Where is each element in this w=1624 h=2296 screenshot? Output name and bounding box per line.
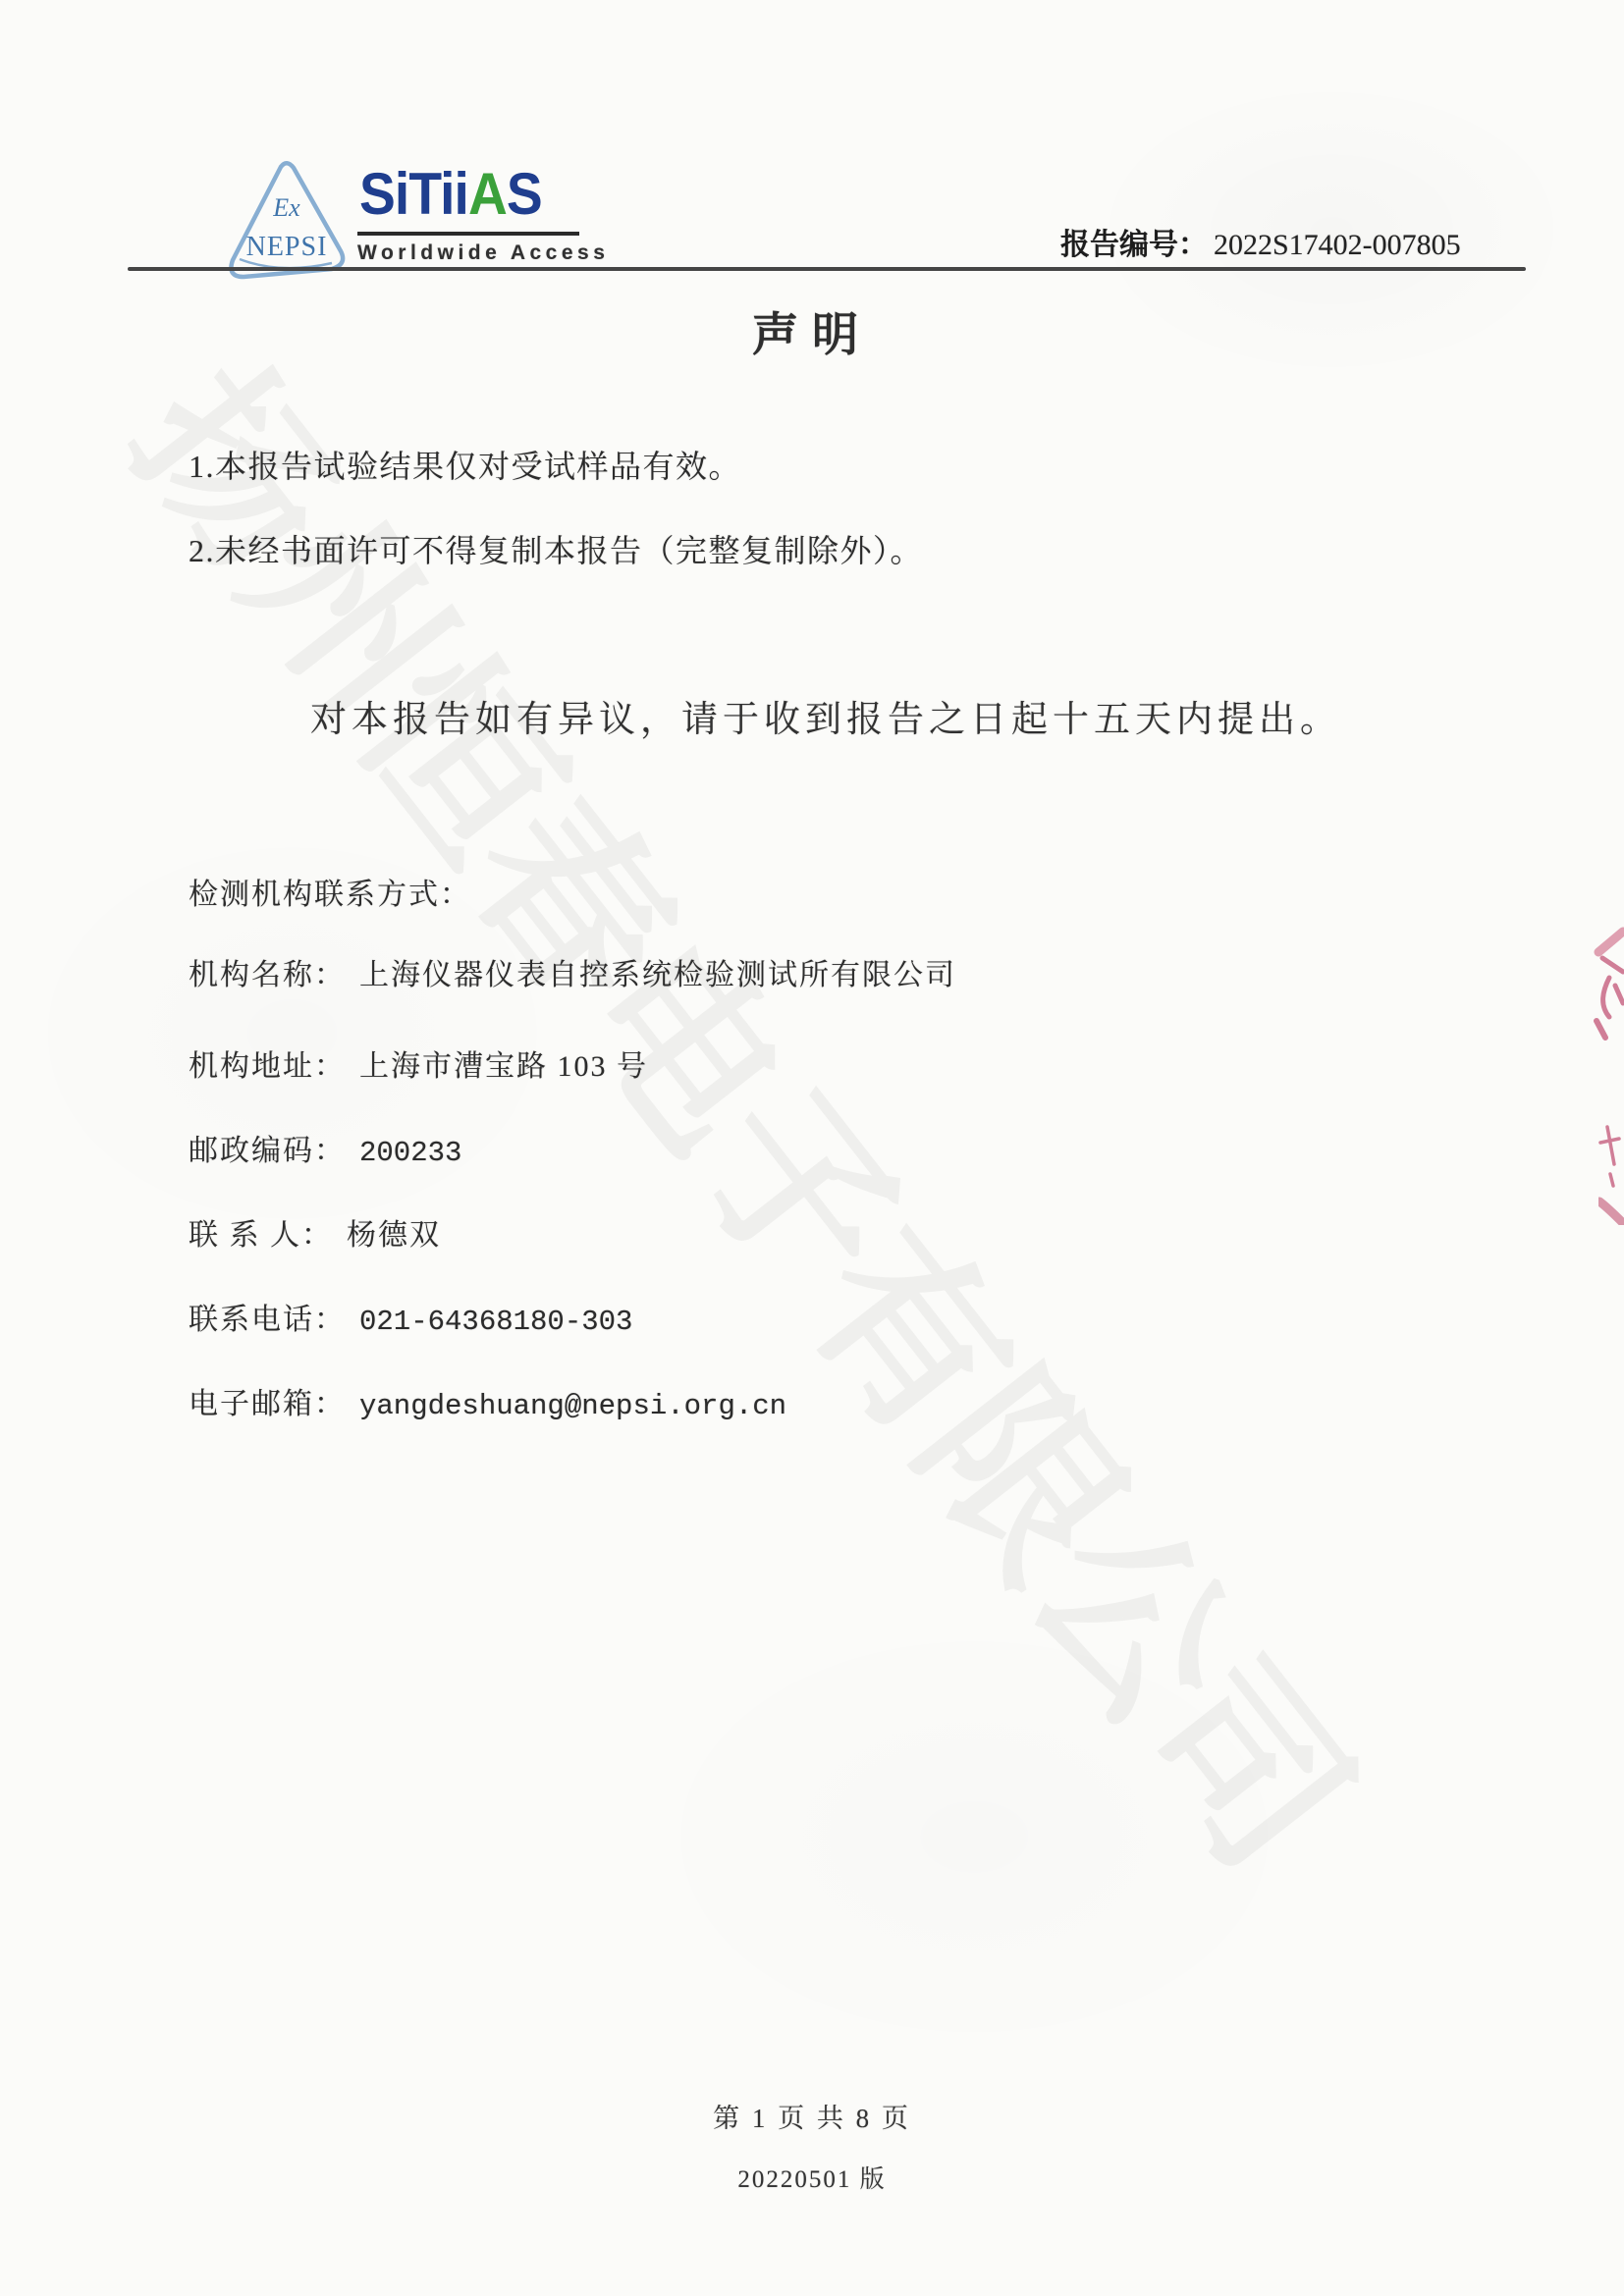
contact-row-phone: 联系电话：021-64368180-303 [189, 1295, 632, 1338]
contact-label: 邮政编码： [189, 1135, 346, 1167]
contact-label: 电子邮箱： [189, 1388, 346, 1420]
stamp-fragment-icon [1569, 927, 1624, 1042]
contact-value: yangdeshuang@nepsi.org.cn [359, 1390, 786, 1422]
statement-item-1: 1.本报告试验结果仅对受试样品有效。 [189, 442, 741, 487]
contact-row-email: 电子邮箱：yangdeshuang@nepsi.org.cn [189, 1379, 786, 1422]
report-number-value: 2022S17402-007805 [1214, 229, 1461, 261]
logo-ex-text: Ex [272, 193, 300, 222]
contact-heading: 检测机构联系方式： [189, 870, 471, 913]
contact-row-postcode: 邮政编码：200233 [189, 1126, 461, 1169]
contact-label: 联系电话： [189, 1304, 346, 1336]
contact-label: 机构地址： [189, 1050, 346, 1083]
page-number: 第 1 页 共 8 页 [0, 2097, 1624, 2135]
brand-underline [357, 232, 579, 236]
brand-a-text: A [468, 161, 507, 227]
contact-value: 021-64368180-303 [359, 1306, 632, 1338]
report-number-label: 报告编号： [1060, 229, 1208, 261]
contact-value: 上海市漕宝路 103 号 [359, 1050, 648, 1083]
header-divider [128, 267, 1526, 271]
company-watermark: 扬州恒春电子有限公司 [102, 339, 1375, 1894]
contact-row-contact-person: 联 系 人：杨德双 [189, 1210, 441, 1254]
sitiias-wordmark: SiTiiAS [359, 165, 594, 224]
contact-label: 机构名称： [189, 959, 346, 991]
brand-left-text: SiTii [359, 161, 468, 227]
page-title: 声明 [0, 298, 1624, 364]
objection-notice: 对本报告如有异议，请于收到报告之日起十五天内提出。 [310, 689, 1341, 742]
brand-tagline: Worldwide Access [357, 241, 609, 265]
contact-value: 杨德双 [347, 1219, 441, 1252]
brand-s-text: S [507, 161, 542, 227]
contact-label: 联 系 人： [189, 1219, 333, 1252]
report-declaration-page: 扬州恒春电子有限公司 Ex NEPSI SiTiiAS Worldwide Ac… [0, 0, 1624, 2296]
contact-value: 上海仪器仪表自控系统检验测试所有限公司 [359, 959, 956, 991]
report-number-line: 报告编号：2022S17402-007805 [1060, 220, 1461, 263]
logo-nepsi-text: NEPSI [246, 232, 328, 262]
stamp-fragment-icon [1598, 1125, 1624, 1225]
contact-row-org-name: 机构名称：上海仪器仪表自控系统检验测试所有限公司 [189, 950, 956, 993]
statement-item-2: 2.未经书面许可不得复制本报告（完整复制除外）。 [189, 526, 923, 571]
contact-value: 200233 [359, 1137, 461, 1169]
document-version: 20220501 版 [0, 2160, 1624, 2195]
contact-row-org-address: 机构地址：上海市漕宝路 103 号 [189, 1041, 648, 1085]
sitiias-logo: SiTiiAS [359, 165, 615, 224]
nepsi-ex-logo-icon: Ex NEPSI [222, 157, 352, 293]
